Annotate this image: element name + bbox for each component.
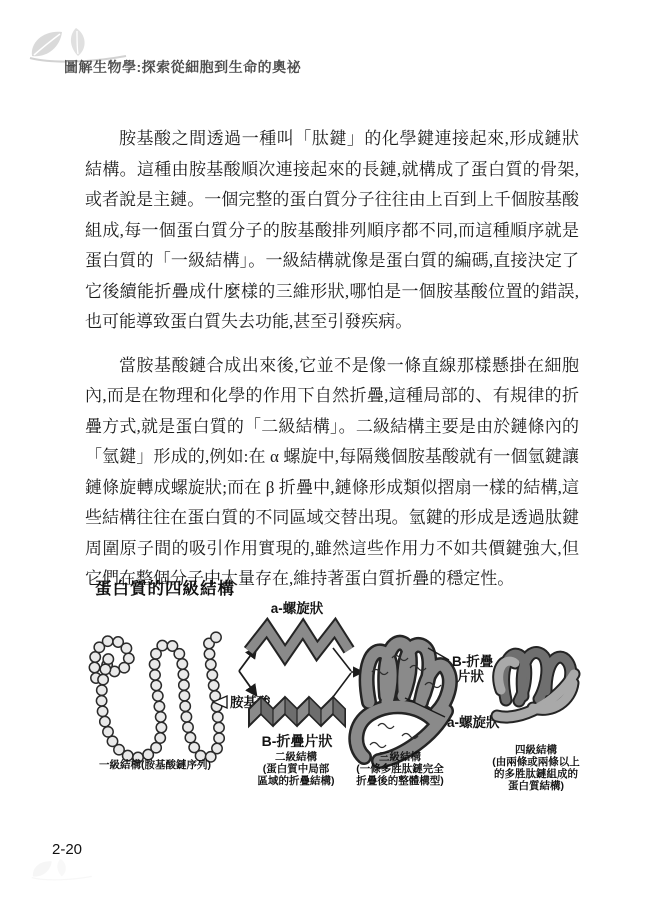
primary-structure-bead-chain: [89, 632, 224, 763]
quaternary-structure-blob: [497, 653, 574, 718]
amino-acid-bead: [179, 691, 189, 701]
label-beta-sheet-bottom: B-折疊片狀: [262, 733, 333, 749]
caption-quaternary: 四級結構 (由兩條或兩條以上 的多胜肽鏈組成的 蛋白質結構): [492, 743, 580, 792]
amino-acid-bead: [149, 659, 159, 669]
amino-acid-bead: [207, 670, 217, 680]
amino-acid-bead: [211, 632, 221, 642]
amino-acid-bead: [183, 722, 193, 732]
branch-arrows: [239, 648, 256, 695]
amino-acid-bead: [96, 696, 106, 706]
amino-acid-bead: [178, 669, 188, 679]
amino-acid-bead: [100, 716, 110, 726]
amino-acid-bead: [100, 664, 110, 674]
amino-acid-bead: [89, 662, 99, 672]
svg-text:(一條多胜肽鏈完全: (一條多胜肽鏈完全: [356, 762, 444, 775]
label-alpha-helix-top: a-螺旋狀: [271, 600, 324, 616]
book-page: 圖解生物學:探索從細胞到生命的奧祕 胺基酸之間透過一種叫「肽鍵」的化學鍵連接起來…: [0, 0, 663, 897]
amino-acid-bead: [90, 652, 100, 662]
alpha-helix-ribbon: [249, 628, 349, 655]
amino-acid-bead: [185, 732, 195, 742]
amino-acid-bead: [179, 680, 189, 690]
svg-text:(由兩條或兩條以上: (由兩條或兩條以上: [492, 755, 580, 768]
label-beta-sheet-right-2: 片狀: [457, 668, 484, 684]
svg-text:(蛋白質中局部: (蛋白質中局部: [263, 762, 330, 775]
svg-text:區域的折疊結構): 區域的折疊結構): [258, 774, 335, 787]
amino-acid-bead: [97, 706, 107, 716]
svg-text:二級結構: 二級結構: [275, 750, 317, 763]
amino-acid-bead: [156, 722, 166, 732]
amino-acid-bead: [153, 691, 163, 701]
amino-acid-bead: [103, 636, 113, 646]
paragraph-peptide-bond: 胺基酸之間透過一種叫「肽鍵」的化學鍵連接起來,形成鏈狀結構。這種由胺基酸順次連接…: [85, 124, 579, 338]
leaf-watermark-icon: [28, 852, 98, 882]
amino-acid-bead: [212, 743, 222, 753]
amino-acid-bead: [180, 701, 190, 711]
svg-text:蛋白質結構): 蛋白質結構): [508, 779, 564, 792]
tertiary-structure-blob: [356, 643, 450, 761]
amino-acid-bead: [214, 722, 224, 732]
book-title: 圖解生物學:探索從細胞到生命的奧祕: [64, 57, 301, 77]
amino-acid-bead: [156, 712, 166, 722]
svg-text:的多胜肽鏈組成的: 的多胜肽鏈組成的: [494, 767, 578, 780]
amino-acid-bead: [97, 685, 107, 695]
beta-pleated-sheet: [249, 697, 345, 726]
watermark-leaf-right: [57, 859, 66, 877]
paragraph-secondary-structure: 當胺基酸鏈合成出來後,它並不是像一條直線那樣懸掛在細胞內,而是在物理和化學的作用…: [85, 351, 579, 595]
watermark-leaf-left: [33, 861, 52, 876]
watermark-swoosh: [32, 876, 92, 880]
amino-acid-bead: [154, 701, 164, 711]
amino-acid-bead: [98, 674, 108, 684]
amino-acid-bead: [209, 680, 219, 690]
caption-secondary: 二級結構 (蛋白質中局部 區域的折疊結構): [258, 750, 335, 787]
svg-text:四級結構: 四級結構: [515, 743, 557, 756]
amino-acid-bead: [204, 649, 214, 659]
amino-acid-bead: [213, 712, 223, 722]
amino-acid-bead: [177, 659, 187, 669]
amino-acid-bead: [150, 670, 160, 680]
amino-acid-bead: [174, 649, 184, 659]
amino-acid-bead: [121, 643, 131, 653]
label-beta-sheet-right-1: B-折疊: [452, 653, 494, 669]
amino-acid-bead: [157, 640, 167, 650]
amino-acid-bead: [206, 659, 216, 669]
amino-acid-bead: [155, 733, 165, 743]
svg-text:折疊後的整體構型): 折疊後的整體構型): [355, 774, 444, 787]
amino-acid-bead: [119, 663, 129, 673]
amino-acid-bead: [181, 712, 191, 722]
article: 胺基酸之間透過一種叫「肽鍵」的化學鍵連接起來,形成鏈狀結構。這種由胺基酸順次連接…: [85, 124, 579, 608]
amino-acid-bead: [103, 654, 113, 664]
amino-acid-bead: [151, 743, 161, 753]
amino-acid-bead: [151, 680, 161, 690]
caption-primary: 一級結構(胺基酸鏈序列): [99, 758, 211, 771]
svg-text:三級結構: 三級結構: [379, 750, 421, 763]
amino-acid-bead: [214, 733, 224, 743]
protein-structure-diagram: 胺基酸 a-螺旋狀 B-折疊片狀: [0, 596, 663, 811]
converge-arrows: [333, 648, 362, 697]
